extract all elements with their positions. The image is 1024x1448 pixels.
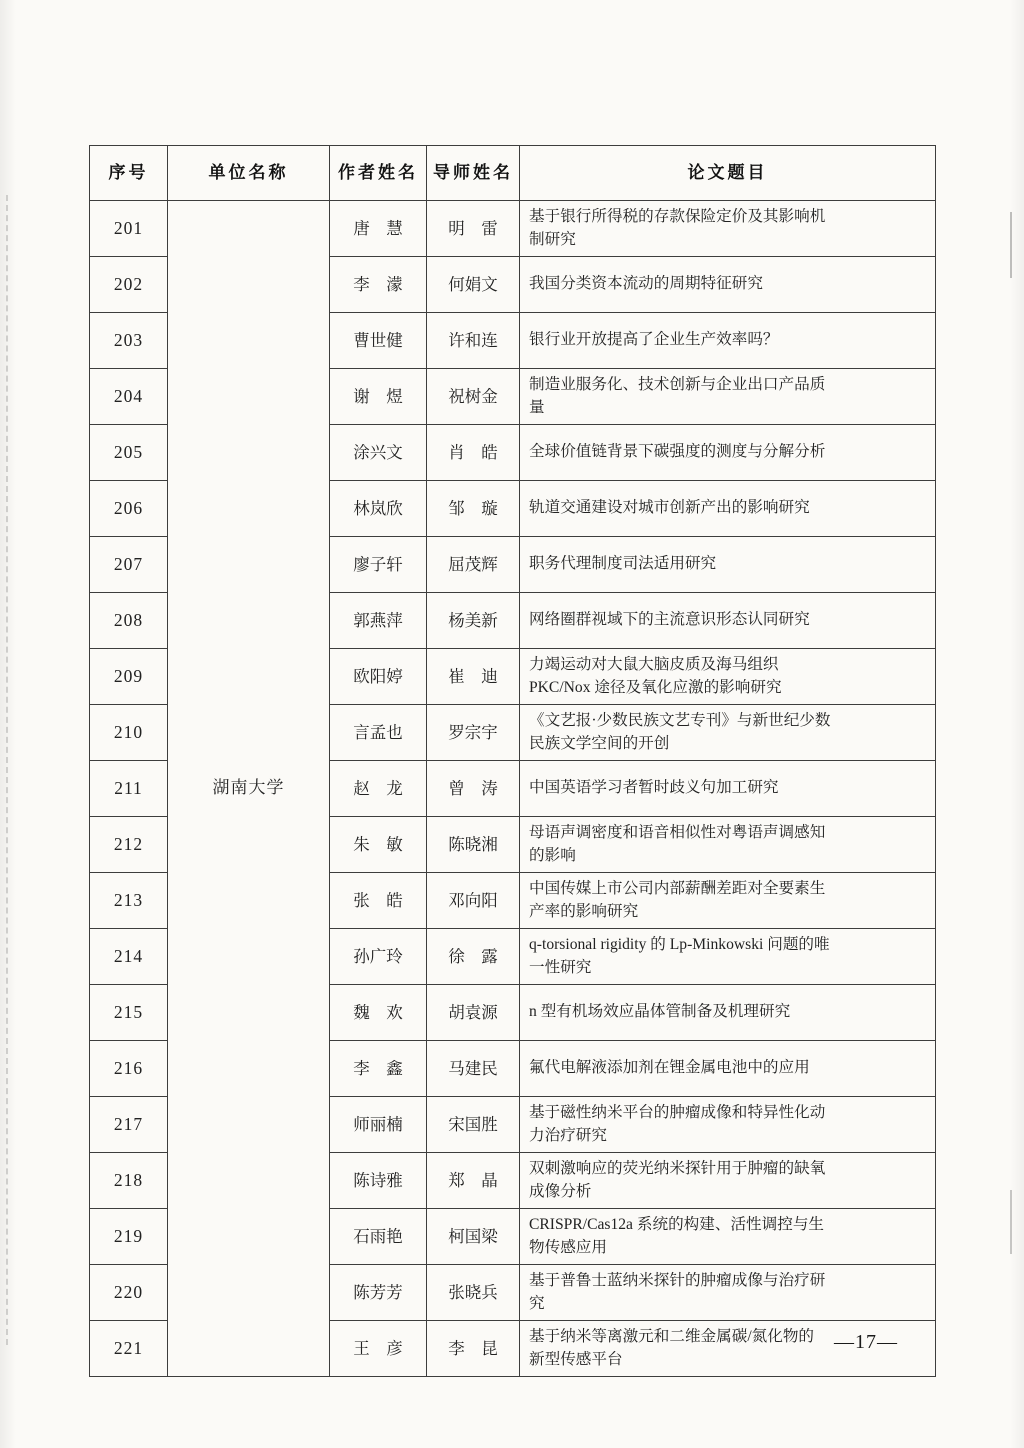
- advisor-name-cell: 张晓兵: [427, 1265, 520, 1321]
- row-number-cell: 218: [90, 1153, 168, 1209]
- row-number-cell: 216: [90, 1041, 168, 1097]
- advisor-name-cell: 李 昆: [427, 1321, 520, 1377]
- advisor-name-cell: 杨美新: [427, 593, 520, 649]
- thesis-title-cell: 银行业开放提高了企业生产效率吗？: [520, 313, 936, 369]
- author-name-cell: 朱 敏: [330, 817, 427, 873]
- author-name-cell: 林岚欣: [330, 481, 427, 537]
- table-header-row: 序号 单位名称 作者姓名 导师姓名 论文题目: [90, 146, 936, 201]
- row-number-cell: 202: [90, 257, 168, 313]
- advisor-name-cell: 邹 璇: [427, 481, 520, 537]
- author-name-cell: 唐 慧: [330, 201, 427, 257]
- row-number-cell: 214: [90, 929, 168, 985]
- author-name-cell: 赵 龙: [330, 761, 427, 817]
- author-name-cell: 涂兴文: [330, 425, 427, 481]
- thesis-title-cell: CRISPR/Cas12a 系统的构建、活性调控与生 物传感应用: [520, 1209, 936, 1265]
- advisor-name-cell: 许和连: [427, 313, 520, 369]
- advisor-name-cell: 郑 晶: [427, 1153, 520, 1209]
- advisor-name-cell: 肖 皓: [427, 425, 520, 481]
- header-author-name: 作者姓名: [330, 146, 427, 201]
- row-number-cell: 219: [90, 1209, 168, 1265]
- thesis-title-cell: 力竭运动对大鼠大脑皮质及海马组织 PKC/Nox 途径及氧化应激的影响研究: [520, 649, 936, 705]
- advisor-name-cell: 陈晓湘: [427, 817, 520, 873]
- author-name-cell: 师丽楠: [330, 1097, 427, 1153]
- row-number-cell: 206: [90, 481, 168, 537]
- advisor-name-cell: 崔 迪: [427, 649, 520, 705]
- author-name-cell: 魏 欢: [330, 985, 427, 1041]
- thesis-title-cell: 基于普鲁士蓝纳米探针的肿瘤成像与治疗研 究: [520, 1265, 936, 1321]
- table-body: 201湖南大学唐 慧明 雷基于银行所得税的存款保险定价及其影响机 制研究202李…: [90, 201, 936, 1377]
- header-advisor-name: 导师姓名: [427, 146, 520, 201]
- document-page: 序号 单位名称 作者姓名 导师姓名 论文题目 201湖南大学唐 慧明 雷基于银行…: [0, 0, 1024, 1448]
- thesis-table: 序号 单位名称 作者姓名 导师姓名 论文题目 201湖南大学唐 慧明 雷基于银行…: [89, 145, 936, 1377]
- advisor-name-cell: 柯国梁: [427, 1209, 520, 1265]
- author-name-cell: 张 皓: [330, 873, 427, 929]
- author-name-cell: 李 鑫: [330, 1041, 427, 1097]
- thesis-title-cell: 我国分类资本流动的周期特征研究: [520, 257, 936, 313]
- row-number-cell: 205: [90, 425, 168, 481]
- header-seq-number: 序号: [90, 146, 168, 201]
- author-name-cell: 言孟也: [330, 705, 427, 761]
- thesis-title-cell: 《文艺报·少数民族文艺专刊》与新世纪少数 民族文学空间的开创: [520, 705, 936, 761]
- row-number-cell: 221: [90, 1321, 168, 1377]
- thesis-title-cell: q-torsional rigidity 的 Lp-Minkowski 问题的唯…: [520, 929, 936, 985]
- table-row: 201湖南大学唐 慧明 雷基于银行所得税的存款保险定价及其影响机 制研究: [90, 201, 936, 257]
- scan-edge-shade-left: [0, 0, 16, 1448]
- advisor-name-cell: 明 雷: [427, 201, 520, 257]
- advisor-name-cell: 祝树金: [427, 369, 520, 425]
- author-name-cell: 谢 煜: [330, 369, 427, 425]
- advisor-name-cell: 何娟文: [427, 257, 520, 313]
- author-name-cell: 廖子轩: [330, 537, 427, 593]
- author-name-cell: 曹世健: [330, 313, 427, 369]
- author-name-cell: 孙广玲: [330, 929, 427, 985]
- author-name-cell: 欧阳婷: [330, 649, 427, 705]
- row-number-cell: 207: [90, 537, 168, 593]
- thesis-title-cell: 职务代理制度司法适用研究: [520, 537, 936, 593]
- row-number-cell: 211: [90, 761, 168, 817]
- row-number-cell: 204: [90, 369, 168, 425]
- thesis-title-cell: 母语声调密度和语音相似性对粤语声调感知 的影响: [520, 817, 936, 873]
- advisor-name-cell: 宋国胜: [427, 1097, 520, 1153]
- scan-artifact-right-bottom: [1010, 1190, 1012, 1254]
- advisor-name-cell: 徐 露: [427, 929, 520, 985]
- author-name-cell: 陈芳芳: [330, 1265, 427, 1321]
- author-name-cell: 李 濛: [330, 257, 427, 313]
- author-name-cell: 郭燕萍: [330, 593, 427, 649]
- thesis-title-cell: 氟代电解液添加剂在锂金属电池中的应用: [520, 1041, 936, 1097]
- thesis-title-cell: 制造业服务化、技术创新与企业出口产品质 量: [520, 369, 936, 425]
- thesis-title-cell: 双刺激响应的荧光纳米探针用于肿瘤的缺氧 成像分析: [520, 1153, 936, 1209]
- advisor-name-cell: 邓向阳: [427, 873, 520, 929]
- row-number-cell: 210: [90, 705, 168, 761]
- header-institution: 单位名称: [168, 146, 330, 201]
- row-number-cell: 213: [90, 873, 168, 929]
- author-name-cell: 王 彦: [330, 1321, 427, 1377]
- thesis-title-cell: 网络圈群视域下的主流意识形态认同研究: [520, 593, 936, 649]
- header-thesis-title: 论文题目: [520, 146, 936, 201]
- row-number-cell: 201: [90, 201, 168, 257]
- advisor-name-cell: 曾 涛: [427, 761, 520, 817]
- advisor-name-cell: 罗宗宇: [427, 705, 520, 761]
- advisor-name-cell: 胡袁源: [427, 985, 520, 1041]
- thesis-title-cell: 基于银行所得税的存款保险定价及其影响机 制研究: [520, 201, 936, 257]
- row-number-cell: 217: [90, 1097, 168, 1153]
- advisor-name-cell: 屈茂辉: [427, 537, 520, 593]
- thesis-title-cell: 轨道交通建设对城市创新产出的影响研究: [520, 481, 936, 537]
- row-number-cell: 208: [90, 593, 168, 649]
- thesis-title-cell: 中国英语学习者暂时歧义句加工研究: [520, 761, 936, 817]
- scan-edge-shade-right: [1010, 0, 1024, 1448]
- scan-artifact-right-top: [1010, 212, 1012, 278]
- row-number-cell: 212: [90, 817, 168, 873]
- row-number-cell: 203: [90, 313, 168, 369]
- advisor-name-cell: 马建民: [427, 1041, 520, 1097]
- page-number: —17—: [834, 1331, 898, 1354]
- thesis-title-cell: 全球价值链背景下碳强度的测度与分解分析: [520, 425, 936, 481]
- thesis-title-cell: n 型有机场效应晶体管制备及机理研究: [520, 985, 936, 1041]
- scan-artifact-left: [6, 195, 8, 1345]
- thesis-title-cell: 中国传媒上市公司内部薪酬差距对全要素生 产率的影响研究: [520, 873, 936, 929]
- author-name-cell: 陈诗雅: [330, 1153, 427, 1209]
- row-number-cell: 220: [90, 1265, 168, 1321]
- row-number-cell: 215: [90, 985, 168, 1041]
- row-number-cell: 209: [90, 649, 168, 705]
- table-header: 序号 单位名称 作者姓名 导师姓名 论文题目: [90, 146, 936, 201]
- author-name-cell: 石雨艳: [330, 1209, 427, 1265]
- thesis-title-cell: 基于磁性纳米平台的肿瘤成像和特异性化动 力治疗研究: [520, 1097, 936, 1153]
- institution-cell: 湖南大学: [168, 201, 330, 1377]
